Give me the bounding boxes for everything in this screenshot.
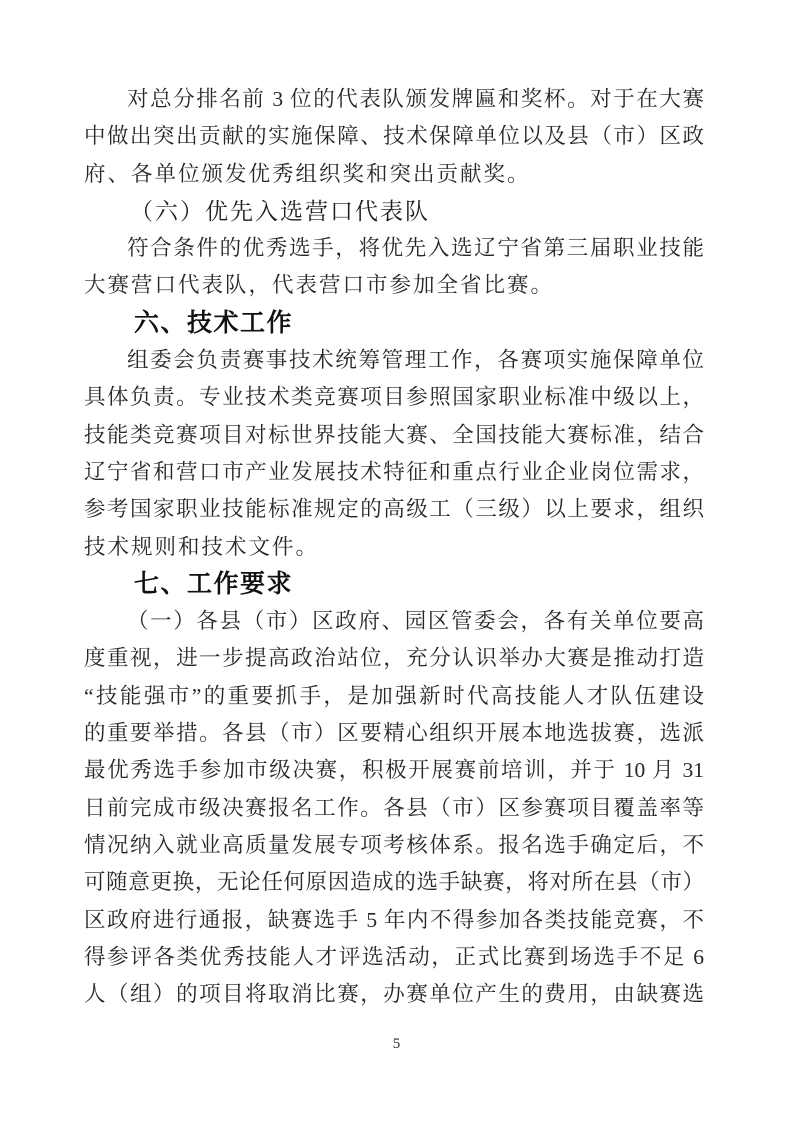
text-line: 技能类竞赛项目对标世界技能大赛、全国技能大赛标准，结合 xyxy=(84,417,704,454)
text-line: 最优秀选手参加市级决赛，积极开展赛前培训，并于 10 月 31 xyxy=(84,752,704,789)
text-line: 具体负责。专业技术类竞赛项目参照国家职业标准中级以上， xyxy=(84,379,704,416)
text-line: 区政府进行通报，缺赛选手 5 年内不得参加各类技能竞赛，不 xyxy=(84,902,704,939)
text-line: 技术规则和技术文件。 xyxy=(84,529,704,566)
document-page: 对总分排名前 3 位的代表队颁发牌匾和奖杯。对于在大赛中做出突出贡献的实施保障、… xyxy=(0,0,793,1122)
text-line: 组委会负责赛事技术统筹管理工作，各赛项实施保障单位 xyxy=(84,342,704,379)
text-line: “技能强市”的重要抓手，是加强新时代高技能人才队伍建设 xyxy=(84,678,704,715)
subsection-heading: （六）优先入选营口代表队 xyxy=(84,193,704,230)
text-line: 大赛营口代表队，代表营口市参加全省比赛。 xyxy=(84,267,704,304)
document-body: 对总分排名前 3 位的代表队颁发牌匾和奖杯。对于在大赛中做出突出贡献的实施保障、… xyxy=(84,81,704,1013)
text-line: 参考国家职业技能标准规定的高级工（三级）以上要求，组织 xyxy=(84,491,704,528)
text-line: 对总分排名前 3 位的代表队颁发牌匾和奖杯。对于在大赛 xyxy=(84,81,704,118)
text-line: 得参评各类优秀技能人才评选活动，正式比赛到场选手不足 6 xyxy=(84,939,704,976)
section-heading: 六、技术工作 xyxy=(84,305,704,342)
text-line: 府、各单位颁发优秀组织奖和突出贡献奖。 xyxy=(84,156,704,193)
text-line: 可随意更换，无论任何原因造成的选手缺赛，将对所在县（市） xyxy=(84,864,704,901)
text-line: 中做出突出贡献的实施保障、技术保障单位以及县（市）区政 xyxy=(84,118,704,155)
text-line: 人（组）的项目将取消比赛，办赛单位产生的费用，由缺赛选 xyxy=(84,976,704,1013)
text-line: 度重视，进一步提高政治站位，充分认识举办大赛是推动打造 xyxy=(84,640,704,677)
text-line: 情况纳入就业高质量发展专项考核体系。报名选手确定后，不 xyxy=(84,827,704,864)
text-line: 的重要举措。各县（市）区要精心组织开展本地选拔赛，选派 xyxy=(84,715,704,752)
page-number: 5 xyxy=(0,1036,793,1053)
text-line: 日前完成市级决赛报名工作。各县（市）区参赛项目覆盖率等 xyxy=(84,790,704,827)
section-heading: 七、工作要求 xyxy=(84,566,704,603)
text-line: （一）各县（市）区政府、园区管委会，各有关单位要高 xyxy=(84,603,704,640)
text-line: 符合条件的优秀选手，将优先入选辽宁省第三届职业技能 xyxy=(84,230,704,267)
text-line: 辽宁省和营口市产业发展技术特征和重点行业企业岗位需求， xyxy=(84,454,704,491)
